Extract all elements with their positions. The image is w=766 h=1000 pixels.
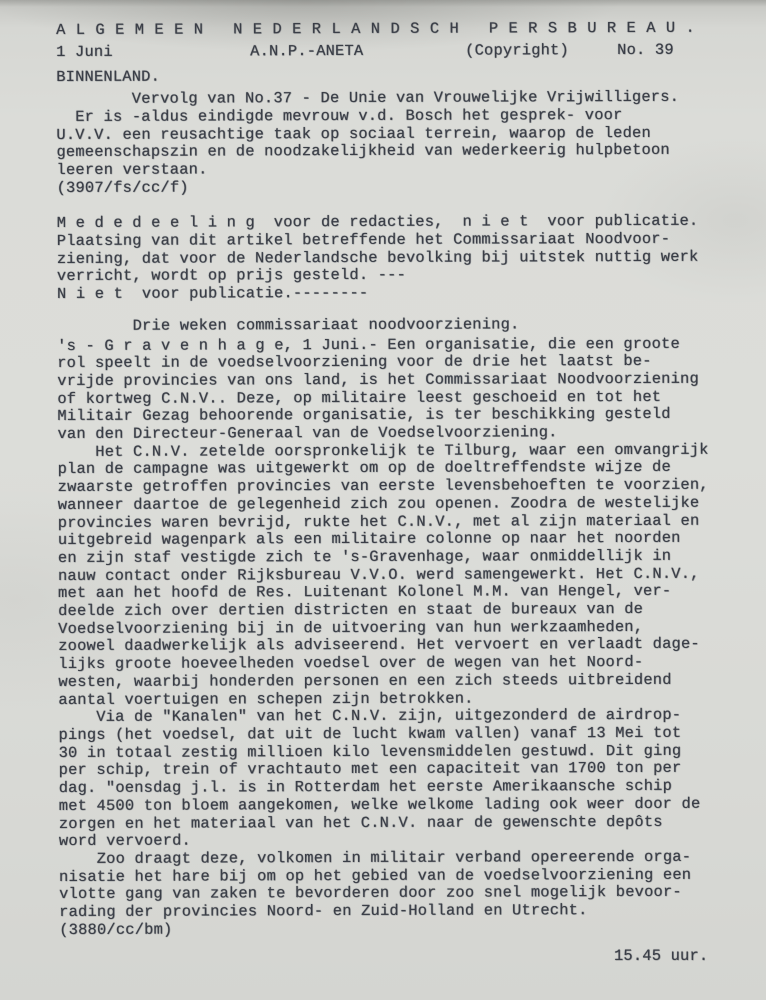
page-content: A L G E M E E N N E D E R L A N D S C H … (56, 14, 759, 940)
text-line: westen, waarbij honderden personen en ee… (58, 671, 758, 691)
article-cnv-code: (3880/cc/bm) (59, 919, 759, 939)
scanned-document-page: A L G E M E E N N E D E R L A N D S C H … (0, 0, 766, 1000)
text-line: N i e t voor publicatie.-------- (57, 284, 757, 304)
copyright-note: (Copyright) (465, 42, 569, 60)
timestamp: 15.45 uur. (614, 948, 708, 966)
text-line: Vervolg van No.37 - De Unie van Vrouweli… (56, 89, 756, 109)
article-cnv-paragraph-3: Via de "Kanalen" van het C.N.V. zijn, ui… (58, 707, 758, 851)
issue-number: No. 39 (617, 42, 674, 60)
issue-date: 1 Juni (56, 44, 113, 62)
text-line: zorgen en het materiaal van het C.N.V. n… (59, 813, 759, 833)
section-label: BINNENLAND. (56, 67, 756, 87)
article-cnv-paragraph-2: Het C.N.V. zetelde oorspronkelijk te Til… (57, 441, 758, 709)
article-uvv-code: (3907/fs/cc/f) (57, 177, 757, 197)
header-meta-row: 1 Juni A.N.P.-ANETA (Copyright) No. 39 (56, 41, 756, 61)
text-line: gemeenschapszin en de noodzakelijkheid v… (56, 142, 756, 162)
editorial-notice: M e d e d e e l i n g voor de redacties,… (57, 213, 757, 304)
text-line: ziening, dat voor de Nederlandsche bevol… (57, 248, 757, 268)
bureau-title: A L G E M E E N N E D E R L A N D S C H … (56, 20, 756, 40)
agency-name: A.N.P.-ANETA (250, 43, 363, 61)
article-uvv: Vervolg van No.37 - De Unie van Vrouweli… (56, 89, 756, 180)
article-cnv-paragraph-1: 's - G r a v e n h a g e, 1 Juni.- Een o… (57, 335, 757, 444)
article-cnv-paragraph-4: Zoo draagt deze, volkomen in militair ve… (59, 848, 759, 921)
article-cnv-heading: Drie weken commissariaat noodvoorziening… (57, 315, 757, 335)
